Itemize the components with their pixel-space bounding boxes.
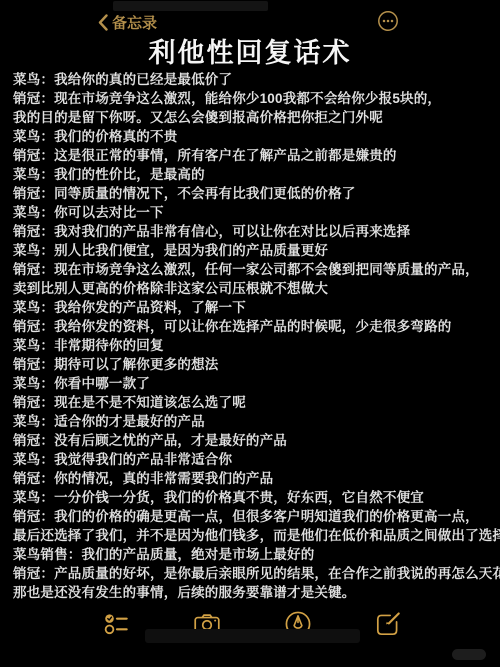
- note-line: 销冠：现在市场竞争这么激烈，能给你少100我都不会给你少报5块的，: [13, 89, 494, 108]
- note-line: 销冠：我对我们的产品非常有信心，可以让你在对比以后再来选择: [13, 222, 494, 241]
- note-line: 菜鸟销售：我们的产品质量，绝对是市场上最好的: [13, 545, 494, 564]
- note-line: 那也是还没有发生的事情，后续的服务要靠谱才是关键。: [13, 583, 494, 602]
- note-line: 销冠：产品质量的好坏，是你最后亲眼所见的结果，在合作之前我说的再怎么天花乱坠，: [13, 564, 494, 583]
- note-line: 销冠：期待可以了解你更多的想法: [13, 355, 494, 374]
- back-label: 备忘录: [112, 12, 157, 33]
- note-line: 销冠：我给你发的资料，可以让你在选择产品的时候呢，少走很多弯路的: [13, 317, 494, 336]
- note-line: 销冠：现在是不是不知道该怎么选了呢: [13, 393, 494, 412]
- note-line: 菜鸟：我给你的真的已经是最低价了: [13, 70, 494, 89]
- note-line: 销冠：这是很正常的事情，所有客户在了解产品之前都是嫌贵的: [13, 146, 494, 165]
- note-line: 菜鸟：一分价钱一分货，我们的价格真不贵，好东西，它自然不便宜: [13, 488, 494, 507]
- note-line: 菜鸟：我给你发的产品资料，了解一下: [13, 298, 494, 317]
- note-line: 销冠：我们的价格的确是更高一点，但很多客户明知道我们的价格更高一点，: [13, 507, 494, 526]
- checklist-button[interactable]: [102, 609, 132, 639]
- note-line: 销冠：现在市场竞争这么激烈，任何一家公司都不会傻到把同等质量的产品，: [13, 260, 494, 279]
- notes-app-screen: 备忘录 利他性回复话术 菜鸟：我给你的真的已经是最低价了 销冠：现在市场竞争这么…: [0, 0, 500, 667]
- more-button[interactable]: [377, 10, 399, 32]
- back-button[interactable]: 备忘录: [98, 11, 157, 33]
- note-title: 利他性回复话术: [0, 31, 500, 70]
- note-line: 菜鸟：我觉得我们的产品非常适合你: [13, 450, 494, 469]
- note-line: 我的目的是留下你呀。又怎么会傻到报高价格把你拒之门外呢: [13, 108, 494, 127]
- watermark-badge: [452, 649, 486, 660]
- note-line: 销冠：同等质量的情况下，不会再有比我们更低的价格了: [13, 184, 494, 203]
- note-line: 菜鸟：我们的性价比，是最高的: [13, 165, 494, 184]
- checklist-icon: [102, 609, 132, 639]
- compose-icon: [373, 609, 403, 639]
- note-line: 卖到比别人更高的价格除非这家公司压根就不想做大: [13, 279, 494, 298]
- note-line: 销冠：你的情况，真的非常需要我们的产品: [13, 469, 494, 488]
- watermark-top: [113, 1, 268, 11]
- note-line: 菜鸟：适合你的才是最好的产品: [13, 412, 494, 431]
- note-line: 销冠：没有后顾之忧的产品，才是最好的产品: [13, 431, 494, 450]
- note-line: 菜鸟：别人比我们便宜，是因为我们的产品质量更好: [13, 241, 494, 260]
- note-line: 菜鸟：非常期待你的回复: [13, 336, 494, 355]
- watermark-bottom: [145, 629, 360, 643]
- note-line: 菜鸟：你看中哪一款了: [13, 374, 494, 393]
- back-chevron-icon: [98, 14, 108, 31]
- note-line: 最后还选择了我们，并不是因为他们钱多，而是他们在低价和品质之间做出了选择。: [13, 526, 494, 545]
- note-line: 菜鸟：你可以去对比一下: [13, 203, 494, 222]
- compose-button[interactable]: [373, 609, 403, 639]
- note-line: 菜鸟：我们的价格真的不贵: [13, 127, 494, 146]
- note-body[interactable]: 菜鸟：我给你的真的已经是最低价了 销冠：现在市场竞争这么激烈，能给你少100我都…: [13, 70, 494, 602]
